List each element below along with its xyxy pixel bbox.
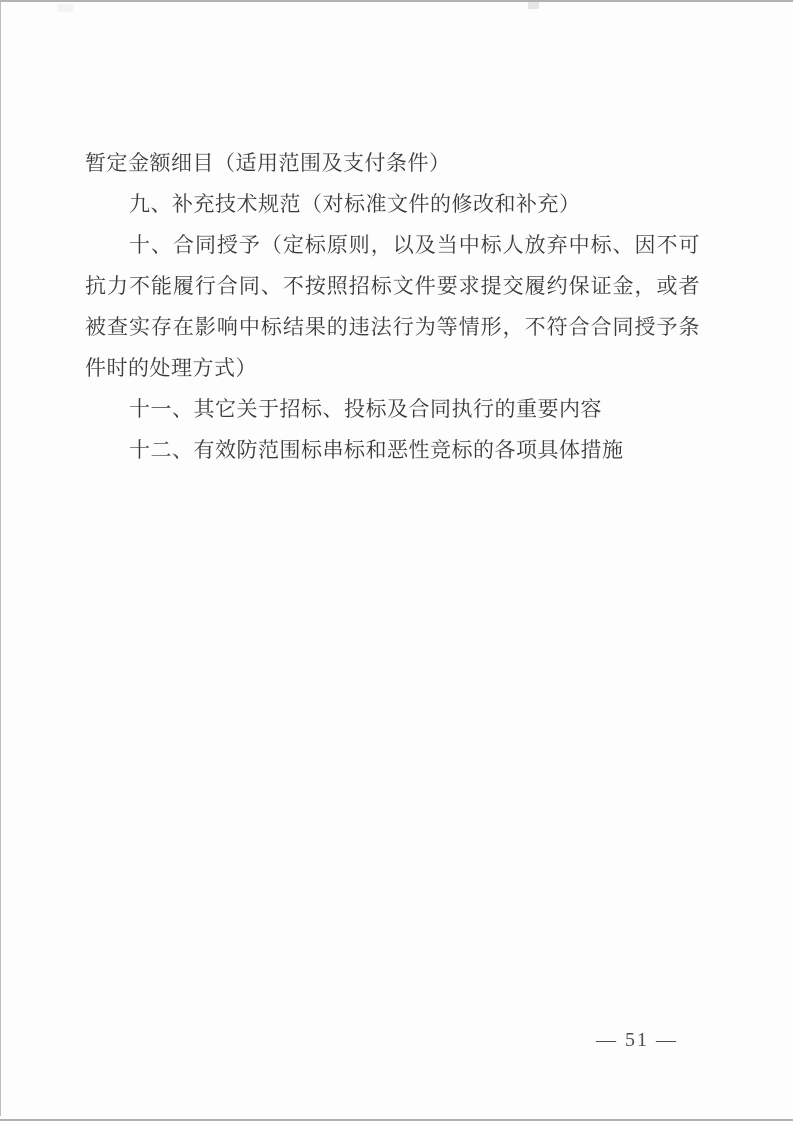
text-line: 十、合同授予（定标原则，以及当中标人放弃中标、因不可 [85, 225, 700, 266]
text-line: 十一、其它关于招标、投标及合同执行的重要内容 [85, 389, 700, 430]
scan-edge-top [0, 0, 793, 2]
page-number: — 51 — [596, 1029, 696, 1052]
text-line: 九、补充技术规范（对标准文件的修改和补充） [85, 184, 700, 225]
document-page: 暂定金额细目（适用范围及支付条件） 九、补充技术规范（对标准文件的修改和补充） … [0, 0, 793, 1121]
text-line: 抗力不能履行合同、不按照招标文件要求提交履约保证金，或者 [85, 266, 700, 307]
text-line: 被查实存在影响中标结果的违法行为等情形，不符合合同授予条 [85, 307, 700, 348]
document-text-block: 暂定金额细目（适用范围及支付条件） 九、补充技术规范（对标准文件的修改和补充） … [85, 143, 700, 471]
scan-smudge [528, 2, 539, 9]
text-line: 十二、有效防范围标串标和恶性竞标的各项具体措施 [85, 430, 700, 471]
scan-smudge [57, 4, 73, 12]
text-line: 暂定金额细目（适用范围及支付条件） [85, 143, 700, 184]
scan-edge-left [0, 2, 1, 1116]
text-line: 件时的处理方式） [85, 348, 700, 389]
